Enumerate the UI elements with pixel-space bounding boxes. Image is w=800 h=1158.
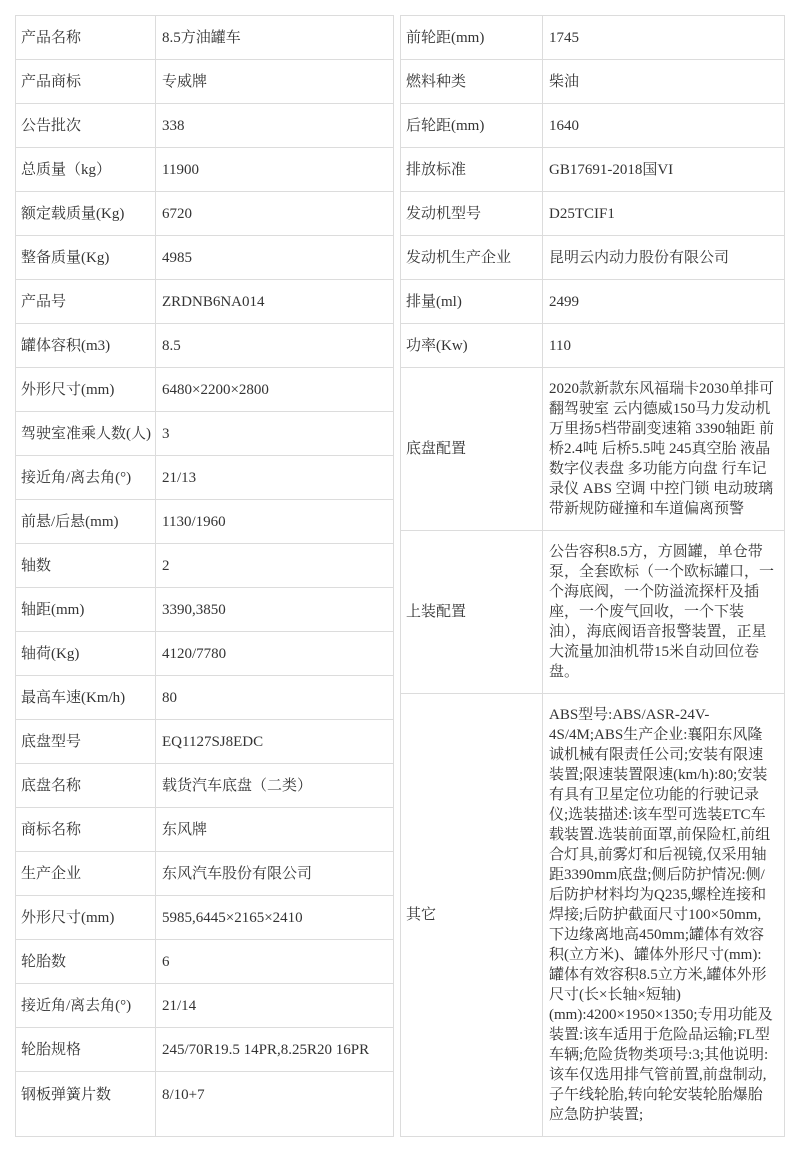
spec-label: 外形尺寸(mm) xyxy=(16,896,156,939)
spec-value: 东风牌 xyxy=(156,808,393,851)
spec-value: 5985,6445×2165×2410 xyxy=(156,896,393,939)
spec-value-text: 4120/7780 xyxy=(162,644,226,664)
spec-value-text: 1745 xyxy=(549,28,579,48)
spec-value: 6 xyxy=(156,940,393,983)
spec-value-text: 4985 xyxy=(162,248,192,268)
spec-value-text: 公告容积8.5方，方圆罐，单仓带泵，全套欧标（一个欧标罐口，一个海底阀，一个防溢… xyxy=(549,542,776,682)
table-row: 总质量（kg）11900 xyxy=(16,148,393,192)
spec-value-text: 3 xyxy=(162,424,170,444)
spec-value: 2499 xyxy=(543,280,784,323)
spec-label: 罐体容积(m3) xyxy=(16,324,156,367)
spec-label: 底盘型号 xyxy=(16,720,156,763)
spec-value: 11900 xyxy=(156,148,393,191)
spec-value-text: 6 xyxy=(162,952,170,972)
spec-value-text: 昆明云内动力股份有限公司 xyxy=(549,248,729,268)
table-row: 最高车速(Km/h)80 xyxy=(16,676,393,720)
spec-label: 发动机生产企业 xyxy=(401,236,543,279)
spec-label: 功率(Kw) xyxy=(401,324,543,367)
table-row: 接近角/离去角(°)21/13 xyxy=(16,456,393,500)
spec-label: 额定载质量(Kg) xyxy=(16,192,156,235)
spec-value: GB17691-2018国VI xyxy=(543,148,784,191)
spec-value-text: 8.5 xyxy=(162,336,181,356)
spec-value: 8/10+7 xyxy=(156,1072,393,1136)
table-row: 轮胎规格245/70R19.5 14PR,8.25R20 16PR xyxy=(16,1028,393,1072)
spec-value: 1640 xyxy=(543,104,784,147)
spec-value: 专威牌 xyxy=(156,60,393,103)
table-row: 其它ABS型号:ABS/ASR-24V-4S/4M;ABS生产企业:襄阳东风隆诚… xyxy=(401,694,784,1136)
table-row: 底盘配置2020款新款东风福瑞卡2030单排可翻驾驶室 云内德威150马力发动机… xyxy=(401,368,784,531)
spec-value: 80 xyxy=(156,676,393,719)
table-row: 排放标准GB17691-2018国VI xyxy=(401,148,784,192)
spec-value-text: 6720 xyxy=(162,204,192,224)
spec-value-text: EQ1127SJ8EDC xyxy=(162,732,263,752)
spec-value: 8.5方油罐车 xyxy=(156,16,393,59)
table-row: 前轮距(mm)1745 xyxy=(401,16,784,60)
table-row: 整备质量(Kg)4985 xyxy=(16,236,393,280)
spec-value-text: 1130/1960 xyxy=(162,512,226,532)
spec-label: 底盘名称 xyxy=(16,764,156,807)
spec-label: 轮胎数 xyxy=(16,940,156,983)
table-row: 前悬/后悬(mm)1130/1960 xyxy=(16,500,393,544)
spec-label: 钢板弹簧片数 xyxy=(16,1072,156,1136)
table-row: 产品名称8.5方油罐车 xyxy=(16,16,393,60)
spec-label: 最高车速(Km/h) xyxy=(16,676,156,719)
table-row: 轴荷(Kg)4120/7780 xyxy=(16,632,393,676)
spec-label: 产品名称 xyxy=(16,16,156,59)
table-row: 商标名称东风牌 xyxy=(16,808,393,852)
table-row: 轮胎数6 xyxy=(16,940,393,984)
spec-label: 轴距(mm) xyxy=(16,588,156,631)
spec-label: 接近角/离去角(°) xyxy=(16,456,156,499)
spec-label: 接近角/离去角(°) xyxy=(16,984,156,1027)
table-row: 功率(Kw)110 xyxy=(401,324,784,368)
spec-value-text: 21/13 xyxy=(162,468,196,488)
spec-label: 外形尺寸(mm) xyxy=(16,368,156,411)
spec-value: 338 xyxy=(156,104,393,147)
table-row: 公告批次338 xyxy=(16,104,393,148)
spec-value-text: 柴油 xyxy=(549,72,579,92)
spec-value: 公告容积8.5方，方圆罐，单仓带泵，全套欧标（一个欧标罐口，一个海底阀，一个防溢… xyxy=(543,531,784,693)
spec-label: 底盘配置 xyxy=(401,368,543,530)
spec-value: ABS型号:ABS/ASR-24V-4S/4M;ABS生产企业:襄阳东风隆诚机械… xyxy=(543,694,784,1136)
table-row: 生产企业东风汽车股份有限公司 xyxy=(16,852,393,896)
spec-value-text: 2 xyxy=(162,556,170,576)
spec-value-text: 338 xyxy=(162,116,185,136)
table-row: 额定载质量(Kg)6720 xyxy=(16,192,393,236)
spec-value: 柴油 xyxy=(543,60,784,103)
spec-value-text: 东风牌 xyxy=(162,820,207,840)
spec-label: 后轮距(mm) xyxy=(401,104,543,147)
spec-value: 东风汽车股份有限公司 xyxy=(156,852,393,895)
spec-label: 公告批次 xyxy=(16,104,156,147)
spec-label: 上装配置 xyxy=(401,531,543,693)
spec-value-text: D25TCIF1 xyxy=(549,204,615,224)
spec-value: 3 xyxy=(156,412,393,455)
left-spec-table: 产品名称8.5方油罐车产品商标专威牌公告批次338总质量（kg）11900额定载… xyxy=(15,15,394,1137)
spec-value-text: 载货汽车底盘（二类） xyxy=(162,776,312,796)
table-row: 后轮距(mm)1640 xyxy=(401,104,784,148)
spec-value: 21/14 xyxy=(156,984,393,1027)
spec-value-text: 6480×2200×2800 xyxy=(162,380,269,400)
vehicle-spec-sheet: 产品名称8.5方油罐车产品商标专威牌公告批次338总质量（kg）11900额定载… xyxy=(15,15,785,1137)
spec-label: 商标名称 xyxy=(16,808,156,851)
spec-label: 前轮距(mm) xyxy=(401,16,543,59)
table-row: 燃料种类柴油 xyxy=(401,60,784,104)
spec-value-text: 11900 xyxy=(162,160,199,180)
spec-label: 发动机型号 xyxy=(401,192,543,235)
spec-value-text: 5985,6445×2165×2410 xyxy=(162,908,303,928)
spec-value: D25TCIF1 xyxy=(543,192,784,235)
table-row: 轴距(mm)3390,3850 xyxy=(16,588,393,632)
table-row: 底盘型号EQ1127SJ8EDC xyxy=(16,720,393,764)
spec-label: 驾驶室准乘人数(人) xyxy=(16,412,156,455)
spec-value-text: GB17691-2018国VI xyxy=(549,160,673,180)
spec-label: 产品商标 xyxy=(16,60,156,103)
spec-value: 4120/7780 xyxy=(156,632,393,675)
spec-value: 昆明云内动力股份有限公司 xyxy=(543,236,784,279)
table-row: 排量(ml)2499 xyxy=(401,280,784,324)
table-row: 发动机生产企业昆明云内动力股份有限公司 xyxy=(401,236,784,280)
spec-label: 排量(ml) xyxy=(401,280,543,323)
table-row: 上装配置公告容积8.5方，方圆罐，单仓带泵，全套欧标（一个欧标罐口，一个海底阀，… xyxy=(401,531,784,694)
spec-label: 总质量（kg） xyxy=(16,148,156,191)
spec-value-text: 8/10+7 xyxy=(162,1085,205,1105)
right-spec-table: 前轮距(mm)1745燃料种类柴油后轮距(mm)1640排放标准GB17691-… xyxy=(400,15,785,1137)
spec-value: 1745 xyxy=(543,16,784,59)
spec-value-text: 2499 xyxy=(549,292,579,312)
spec-value: ZRDNB6NA014 xyxy=(156,280,393,323)
spec-label: 轴荷(Kg) xyxy=(16,632,156,675)
spec-value-text: 245/70R19.5 14PR,8.25R20 16PR xyxy=(162,1040,369,1060)
spec-value: 8.5 xyxy=(156,324,393,367)
table-row: 外形尺寸(mm)6480×2200×2800 xyxy=(16,368,393,412)
table-row: 产品商标专威牌 xyxy=(16,60,393,104)
spec-value: 21/13 xyxy=(156,456,393,499)
spec-label: 排放标准 xyxy=(401,148,543,191)
spec-label: 轴数 xyxy=(16,544,156,587)
spec-label: 生产企业 xyxy=(16,852,156,895)
table-row: 驾驶室准乘人数(人)3 xyxy=(16,412,393,456)
spec-value: EQ1127SJ8EDC xyxy=(156,720,393,763)
spec-value-text: 21/14 xyxy=(162,996,196,1016)
spec-value: 6720 xyxy=(156,192,393,235)
spec-value-text: 东风汽车股份有限公司 xyxy=(162,864,312,884)
table-row: 产品号ZRDNB6NA014 xyxy=(16,280,393,324)
spec-label: 燃料种类 xyxy=(401,60,543,103)
spec-label: 产品号 xyxy=(16,280,156,323)
table-row: 轴数2 xyxy=(16,544,393,588)
spec-value-text: 80 xyxy=(162,688,177,708)
table-row: 底盘名称载货汽车底盘（二类） xyxy=(16,764,393,808)
table-row: 外形尺寸(mm)5985,6445×2165×2410 xyxy=(16,896,393,940)
table-row: 钢板弹簧片数8/10+7 xyxy=(16,1072,393,1136)
spec-value: 载货汽车底盘（二类） xyxy=(156,764,393,807)
spec-value: 245/70R19.5 14PR,8.25R20 16PR xyxy=(156,1028,393,1071)
spec-value: 110 xyxy=(543,324,784,367)
spec-value: 1130/1960 xyxy=(156,500,393,543)
spec-value: 3390,3850 xyxy=(156,588,393,631)
spec-label: 轮胎规格 xyxy=(16,1028,156,1071)
spec-value: 6480×2200×2800 xyxy=(156,368,393,411)
spec-value: 2 xyxy=(156,544,393,587)
spec-value-text: 110 xyxy=(549,336,571,356)
table-row: 接近角/离去角(°)21/14 xyxy=(16,984,393,1028)
spec-value-text: 专威牌 xyxy=(162,72,207,92)
spec-value-text: ZRDNB6NA014 xyxy=(162,292,265,312)
spec-value: 4985 xyxy=(156,236,393,279)
spec-label: 整备质量(Kg) xyxy=(16,236,156,279)
spec-value-text: 2020款新款东风福瑞卡2030单排可翻驾驶室 云内德威150马力发动机 万里扬… xyxy=(549,379,776,519)
table-row: 罐体容积(m3)8.5 xyxy=(16,324,393,368)
table-row: 发动机型号D25TCIF1 xyxy=(401,192,784,236)
spec-label: 其它 xyxy=(401,694,543,1136)
spec-value-text: 3390,3850 xyxy=(162,600,226,620)
spec-value: 2020款新款东风福瑞卡2030单排可翻驾驶室 云内德威150马力发动机 万里扬… xyxy=(543,368,784,530)
spec-label: 前悬/后悬(mm) xyxy=(16,500,156,543)
spec-value-text: 1640 xyxy=(549,116,579,136)
spec-value-text: ABS型号:ABS/ASR-24V-4S/4M;ABS生产企业:襄阳东风隆诚机械… xyxy=(549,705,776,1125)
spec-value-text: 8.5方油罐车 xyxy=(162,28,241,48)
